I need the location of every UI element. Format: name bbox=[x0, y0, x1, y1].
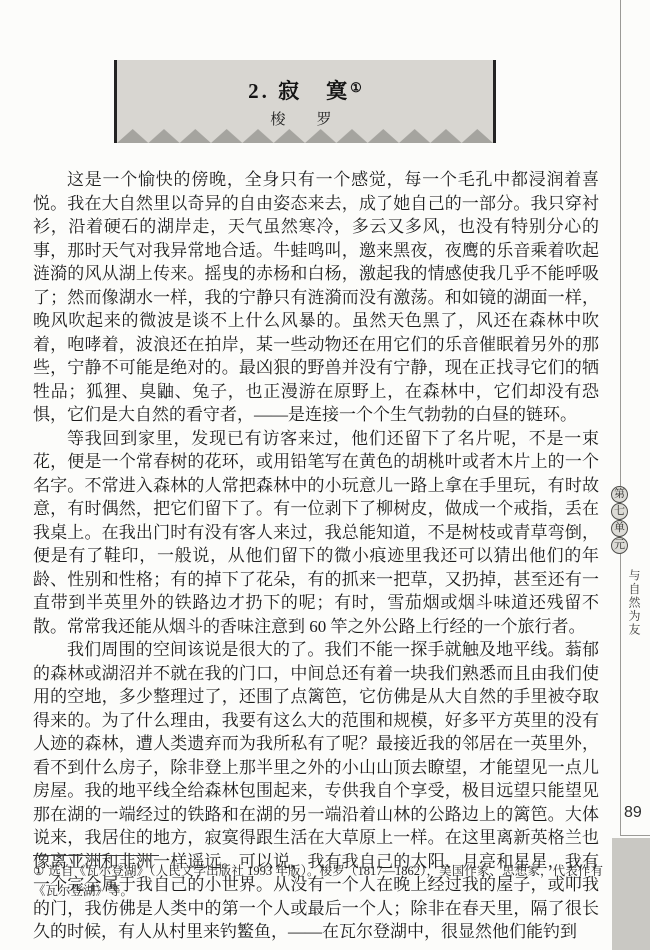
lesson-number: 2. bbox=[248, 79, 270, 103]
unit-char-circle: 七 bbox=[611, 503, 628, 520]
zigzag-border-decoration bbox=[117, 129, 493, 143]
lesson-header-box: 2. 寂 寞① 梭 罗 bbox=[114, 60, 496, 143]
unit-char-circle: 元 bbox=[611, 537, 628, 554]
footnote-marker: ① bbox=[33, 864, 44, 878]
page-number: 89 bbox=[624, 804, 642, 822]
lesson-title-text: 寂 寞 bbox=[278, 79, 350, 103]
unit-char-circle: 第 bbox=[611, 486, 628, 503]
corner-gray-block bbox=[612, 838, 650, 950]
unit-theme-label: 与自然为友 bbox=[626, 569, 643, 637]
paragraph-2: 等我回到家里，发现已有访客来过，他们还留下了名片呢，不是一束花，便是一个常春树的… bbox=[33, 427, 599, 639]
footnote-separator-rule bbox=[33, 855, 159, 856]
footnote-text: 选自《瓦尔登湖》（人民文学出版社 1993 年版）。梭罗（1817—1862），… bbox=[33, 864, 603, 898]
footnote: ①选自《瓦尔登湖》（人民文学出版社 1993 年版）。梭罗（1817—1862）… bbox=[33, 861, 603, 901]
lesson-title: 2. 寂 寞① bbox=[117, 75, 493, 105]
textbook-page: 2. 寂 寞① 梭 罗 这是一个愉快的傍晚，全身只有一个感觉，每一个毛孔中都浸润… bbox=[0, 0, 650, 950]
sidebar-vertical-rule bbox=[620, 0, 621, 836]
lesson-author: 梭 罗 bbox=[117, 108, 493, 129]
unit-badge: 第 七 单 元 bbox=[611, 486, 628, 554]
page-number-rule bbox=[620, 835, 650, 836]
paragraph-1: 这是一个愉快的傍晚，全身只有一个感觉，每一个毛孔中都浸润着喜悦。我在大自然里以奇… bbox=[33, 168, 599, 427]
lesson-body-text: 这是一个愉快的傍晚，全身只有一个感觉，每一个毛孔中都浸润着喜悦。我在大自然里以奇… bbox=[33, 168, 599, 944]
unit-char-circle: 单 bbox=[611, 520, 628, 537]
footnote-reference-mark: ① bbox=[350, 80, 362, 95]
